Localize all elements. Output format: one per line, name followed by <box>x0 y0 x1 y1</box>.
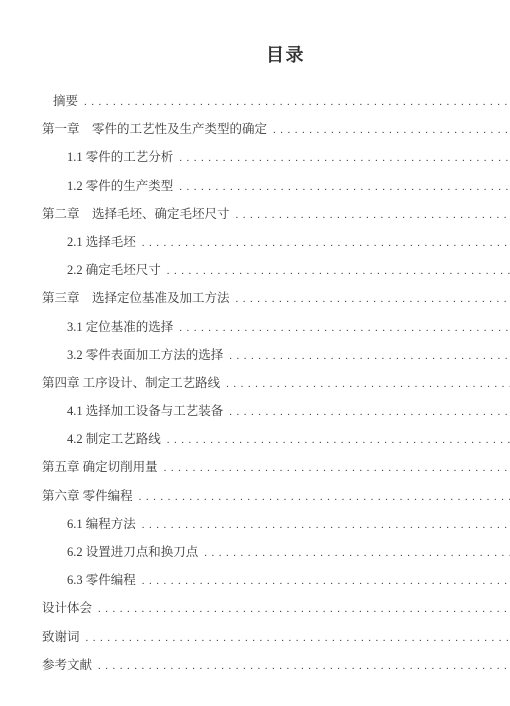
toc-entry-label: 2.2 确定毛坯尺寸 <box>67 256 161 284</box>
toc-entry-label: 3.2 零件表面加工方法的选择 <box>67 341 223 369</box>
toc-entry-label: 第三章 选择定位基准及加工方法 <box>42 284 230 312</box>
toc-leader-dots: ........................................… <box>204 539 510 566</box>
toc-leader-dots: ........................................… <box>167 257 510 284</box>
toc-entry-label: 6.1 编程方法 <box>67 510 136 538</box>
toc-entry: 2.1 选择毛坯 ...............................… <box>0 228 510 256</box>
toc-entry: 设计体会 ...................................… <box>0 594 510 622</box>
toc-entry-label: 1.2 零件的生产类型 <box>67 172 173 200</box>
toc-entry: 3.2 零件表面加工方法的选择 ........................… <box>0 341 510 369</box>
toc-leader-dots: ........................................… <box>98 652 510 679</box>
toc-entry-label: 4.2 制定工艺路线 <box>67 425 161 453</box>
toc-entry-label: 6.2 设置进刀点和换刀点 <box>67 538 198 566</box>
toc-entry: 1.1 零件的工艺分析 ............................… <box>0 143 510 171</box>
toc-entry-label: 6.3 零件编程 <box>67 566 136 594</box>
toc-leader-dots: ........................................… <box>273 116 510 143</box>
toc-entry-label: 设计体会 <box>42 594 92 622</box>
toc-entry: 第一章 零件的工艺性及生产类型的确定 .....................… <box>0 115 510 143</box>
toc-entry-label: 参考文献 <box>42 651 92 679</box>
toc-leader-dots: ........................................… <box>167 426 510 453</box>
toc-leader-dots: ........................................… <box>229 398 510 425</box>
document-page: 目录 摘要 ..................................… <box>0 0 510 706</box>
toc-entry: 6.2 设置进刀点和换刀点 ..........................… <box>0 538 510 566</box>
toc-entry: 第四章 工序设计、制定工艺路线 ........................… <box>0 369 510 397</box>
toc-leader-dots: ........................................… <box>236 285 510 312</box>
table-of-contents: 摘要 .....................................… <box>0 87 510 679</box>
toc-leader-dots: ........................................… <box>142 567 510 594</box>
toc-leader-dots: ........................................… <box>229 342 510 369</box>
toc-entry-label: 摘要 <box>53 87 78 115</box>
toc-leader-dots: ........................................… <box>139 483 510 510</box>
toc-entry: 第五章 确定切削用量 .............................… <box>0 453 510 481</box>
toc-leader-dots: ........................................… <box>179 173 510 200</box>
toc-entry: 4.2 制定工艺路线 .............................… <box>0 425 510 453</box>
toc-leader-dots: ........................................… <box>236 201 510 228</box>
toc-entry: 致谢词 ....................................… <box>0 623 510 651</box>
toc-leader-dots: ........................................… <box>164 454 510 481</box>
toc-entry-label: 4.1 选择加工设备与工艺装备 <box>67 397 223 425</box>
toc-entry: 第六章 零件编程 ...............................… <box>0 482 510 510</box>
toc-entry: 参考文献 ...................................… <box>0 651 510 679</box>
toc-leader-dots: ........................................… <box>98 595 510 622</box>
toc-entry-label: 1.1 零件的工艺分析 <box>67 143 173 171</box>
toc-entry-label: 第六章 零件编程 <box>42 482 133 510</box>
toc-leader-dots: ........................................… <box>179 144 510 171</box>
toc-entry-label: 3.1 定位基准的选择 <box>67 313 173 341</box>
toc-leader-dots: ........................................… <box>142 229 510 256</box>
toc-entry-label: 第五章 确定切削用量 <box>42 453 158 481</box>
toc-entry: 第二章 选择毛坯、确定毛坯尺寸 ........................… <box>0 200 510 228</box>
page-title: 目录 <box>266 41 305 67</box>
toc-entry-label: 第二章 选择毛坯、确定毛坯尺寸 <box>42 200 230 228</box>
toc-entry: 4.1 选择加工设备与工艺装备 ........................… <box>0 397 510 425</box>
toc-leader-dots: ........................................… <box>86 624 510 651</box>
toc-entry: 6.3 零件编程 ...............................… <box>0 566 510 594</box>
toc-entry: 6.1 编程方法 ...............................… <box>0 510 510 538</box>
toc-entry: 第三章 选择定位基准及加工方法 ........................… <box>0 284 510 312</box>
toc-entry-label: 第四章 工序设计、制定工艺路线 <box>42 369 220 397</box>
toc-entry: 2.2 确定毛坯尺寸 .............................… <box>0 256 510 284</box>
toc-leader-dots: ........................................… <box>179 314 510 341</box>
toc-entry-label: 2.1 选择毛坯 <box>67 228 136 256</box>
toc-leader-dots: ........................................… <box>226 370 510 397</box>
toc-entry-label: 致谢词 <box>42 623 80 651</box>
toc-leader-dots: ........................................… <box>142 511 510 538</box>
toc-entry: 3.1 定位基准的选择 ............................… <box>0 313 510 341</box>
toc-entry: 1.2 零件的生产类型 ............................… <box>0 172 510 200</box>
toc-entry-label: 第一章 零件的工艺性及生产类型的确定 <box>42 115 267 143</box>
toc-entry: 摘要 .....................................… <box>0 87 510 115</box>
toc-leader-dots: ........................................… <box>84 88 510 115</box>
